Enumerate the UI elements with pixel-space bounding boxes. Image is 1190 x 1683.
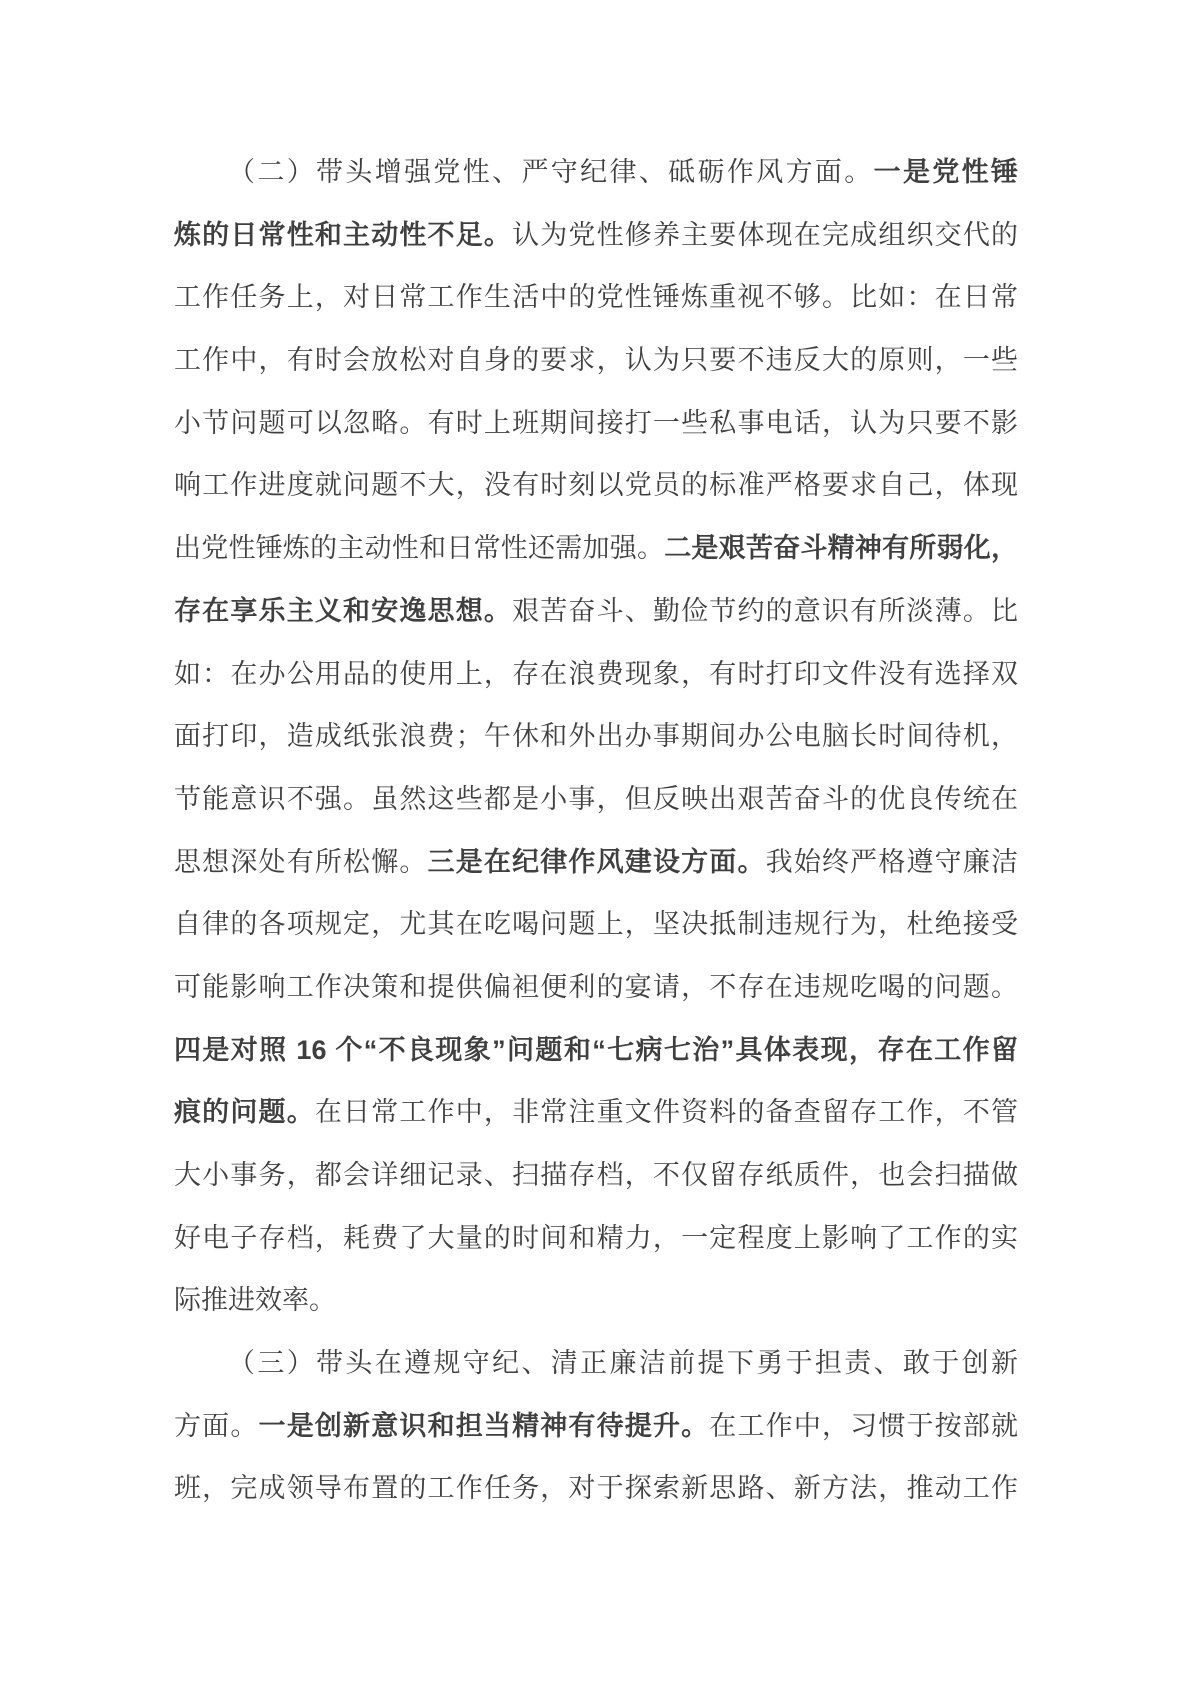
text-line: 痕的问题。在日常工作中，非常注重文件资料的备查留存工作，不管 <box>174 1081 1018 1144</box>
text-line: 可能影响工作决策和提供偏袒便利的宴请，不存在违规吃喝的问题。 <box>174 956 1018 1019</box>
text-line: 班，完成领导布置的工作任务，对于探索新思路、新方法，推动工作 <box>174 1457 1018 1520</box>
text-run: 艰苦奋斗、勤俭节约的意识有所淡薄。比 <box>512 596 1018 626</box>
text-run: 好电子存档，耗费了大量的时间和精力，一定程度上影响了工作的实 <box>174 1223 1018 1253</box>
text-run: 小节问题可以忽略。有时上班期间接打一些私事电话，认为只要不影 <box>174 408 1018 438</box>
bold-text-run: 四是对照 16 个“不良现象”问题和“七病七治”具体表现，存在工作留 <box>174 1035 1018 1065</box>
text-line: 面打印，造成纸张浪费；午休和外出办事期间办公电脑长时间待机， <box>174 705 1018 768</box>
bold-text-run: 二是艰苦奋斗精神有所弱化， <box>664 533 1018 563</box>
text-run: 在日常工作中，非常注重文件资料的备查留存工作，不管 <box>315 1097 1018 1127</box>
text-run: 班，完成领导布置的工作任务，对于探索新思路、新方法，推动工作 <box>174 1473 1018 1503</box>
text-run: 自律的各项规定，尤其在吃喝问题上，坚决抵制违规行为，杜绝接受 <box>174 909 1018 939</box>
text-line: 响工作进度就问题不大，没有时刻以党员的标准严格要求自己，体现 <box>174 454 1018 517</box>
text-run: 方面。 <box>174 1411 259 1441</box>
text-line: 炼的日常性和主动性不足。认为党性修养主要体现在完成组织交代的 <box>174 204 1018 267</box>
text-run: 认为党性修养主要体现在完成组织交代的 <box>512 220 1018 250</box>
bold-text-run: 存在享乐主义和安逸思想。 <box>174 596 512 626</box>
text-run: 工作中，有时会放松对自身的要求，认为只要不违反大的原则，一些 <box>174 345 1018 375</box>
bold-text-run: 痕的问题。 <box>174 1097 315 1127</box>
text-line: 思想深处有所松懈。三是在纪律作风建设方面。我始终严格遵守廉洁 <box>174 831 1018 894</box>
text-run: 如：在办公用品的使用上，存在浪费现象，有时打印文件没有选择双 <box>174 659 1018 689</box>
text-run: （三）带头在遵规守纪、清正廉洁前提下勇于担责、敢于创新 <box>228 1348 1018 1378</box>
text-run: 思想深处有所松懈。 <box>174 847 428 877</box>
document-page: （二）带头增强党性、严守纪律、砥砺作风方面。一是党性锤炼的日常性和主动性不足。认… <box>0 0 1190 1683</box>
text-line: 际推进效率。 <box>174 1269 1018 1332</box>
text-line: 自律的各项规定，尤其在吃喝问题上，坚决抵制违规行为，杜绝接受 <box>174 893 1018 956</box>
text-line: （二）带头增强党性、严守纪律、砥砺作风方面。一是党性锤 <box>174 141 1018 204</box>
text-line: 四是对照 16 个“不良现象”问题和“七病七治”具体表现，存在工作留 <box>174 1019 1018 1082</box>
document-body: （二）带头增强党性、严守纪律、砥砺作风方面。一是党性锤炼的日常性和主动性不足。认… <box>174 141 1018 1520</box>
text-run: 面打印，造成纸张浪费；午休和外出办事期间办公电脑长时间待机， <box>174 721 1018 751</box>
bold-text-run: 炼的日常性和主动性不足。 <box>174 220 512 250</box>
bold-text-run: 一是创新意识和担当精神有待提升。 <box>259 1411 710 1441</box>
text-line: 如：在办公用品的使用上，存在浪费现象，有时打印文件没有选择双 <box>174 643 1018 706</box>
text-run: 际推进效率。 <box>174 1285 336 1315</box>
text-line: 小节问题可以忽略。有时上班期间接打一些私事电话，认为只要不影 <box>174 392 1018 455</box>
text-line: 出党性锤炼的主动性和日常性还需加强。二是艰苦奋斗精神有所弱化， <box>174 517 1018 580</box>
text-line: 工作任务上，对日常工作生活中的党性锤炼重视不够。比如：在日常 <box>174 266 1018 329</box>
text-run: 节能意识不强。虽然这些都是小事，但反映出艰苦奋斗的优良传统在 <box>174 784 1018 814</box>
text-run: 工作任务上，对日常工作生活中的党性锤炼重视不够。比如：在日常 <box>174 282 1018 312</box>
text-line: 工作中，有时会放松对自身的要求，认为只要不违反大的原则，一些 <box>174 329 1018 392</box>
text-run: 我始终严格遵守廉洁 <box>766 847 1018 877</box>
text-line: 方面。一是创新意识和担当精神有待提升。在工作中，习惯于按部就 <box>174 1395 1018 1458</box>
text-run: 出党性锤炼的主动性和日常性还需加强。 <box>174 533 664 563</box>
text-line: 节能意识不强。虽然这些都是小事，但反映出艰苦奋斗的优良传统在 <box>174 768 1018 831</box>
text-line: 大小事务，都会详细记录、扫描存档，不仅留存纸质件，也会扫描做 <box>174 1144 1018 1207</box>
text-run: 在工作中，习惯于按部就 <box>709 1411 1018 1441</box>
text-line: 存在享乐主义和安逸思想。艰苦奋斗、勤俭节约的意识有所淡薄。比 <box>174 580 1018 643</box>
text-line: （三）带头在遵规守纪、清正廉洁前提下勇于担责、敢于创新 <box>174 1332 1018 1395</box>
text-run: 可能影响工作决策和提供偏袒便利的宴请，不存在违规吃喝的问题。 <box>174 972 1018 1002</box>
bold-text-run: 三是在纪律作风建设方面。 <box>428 847 766 877</box>
text-run: 大小事务，都会详细记录、扫描存档，不仅留存纸质件，也会扫描做 <box>174 1160 1018 1190</box>
text-run: （二）带头增强党性、严守纪律、砥砺作风方面。 <box>228 157 874 187</box>
text-run: 响工作进度就问题不大，没有时刻以党员的标准严格要求自己，体现 <box>174 470 1018 500</box>
bold-text-run: 一是党性锤 <box>874 157 1018 187</box>
text-line: 好电子存档，耗费了大量的时间和精力，一定程度上影响了工作的实 <box>174 1207 1018 1270</box>
